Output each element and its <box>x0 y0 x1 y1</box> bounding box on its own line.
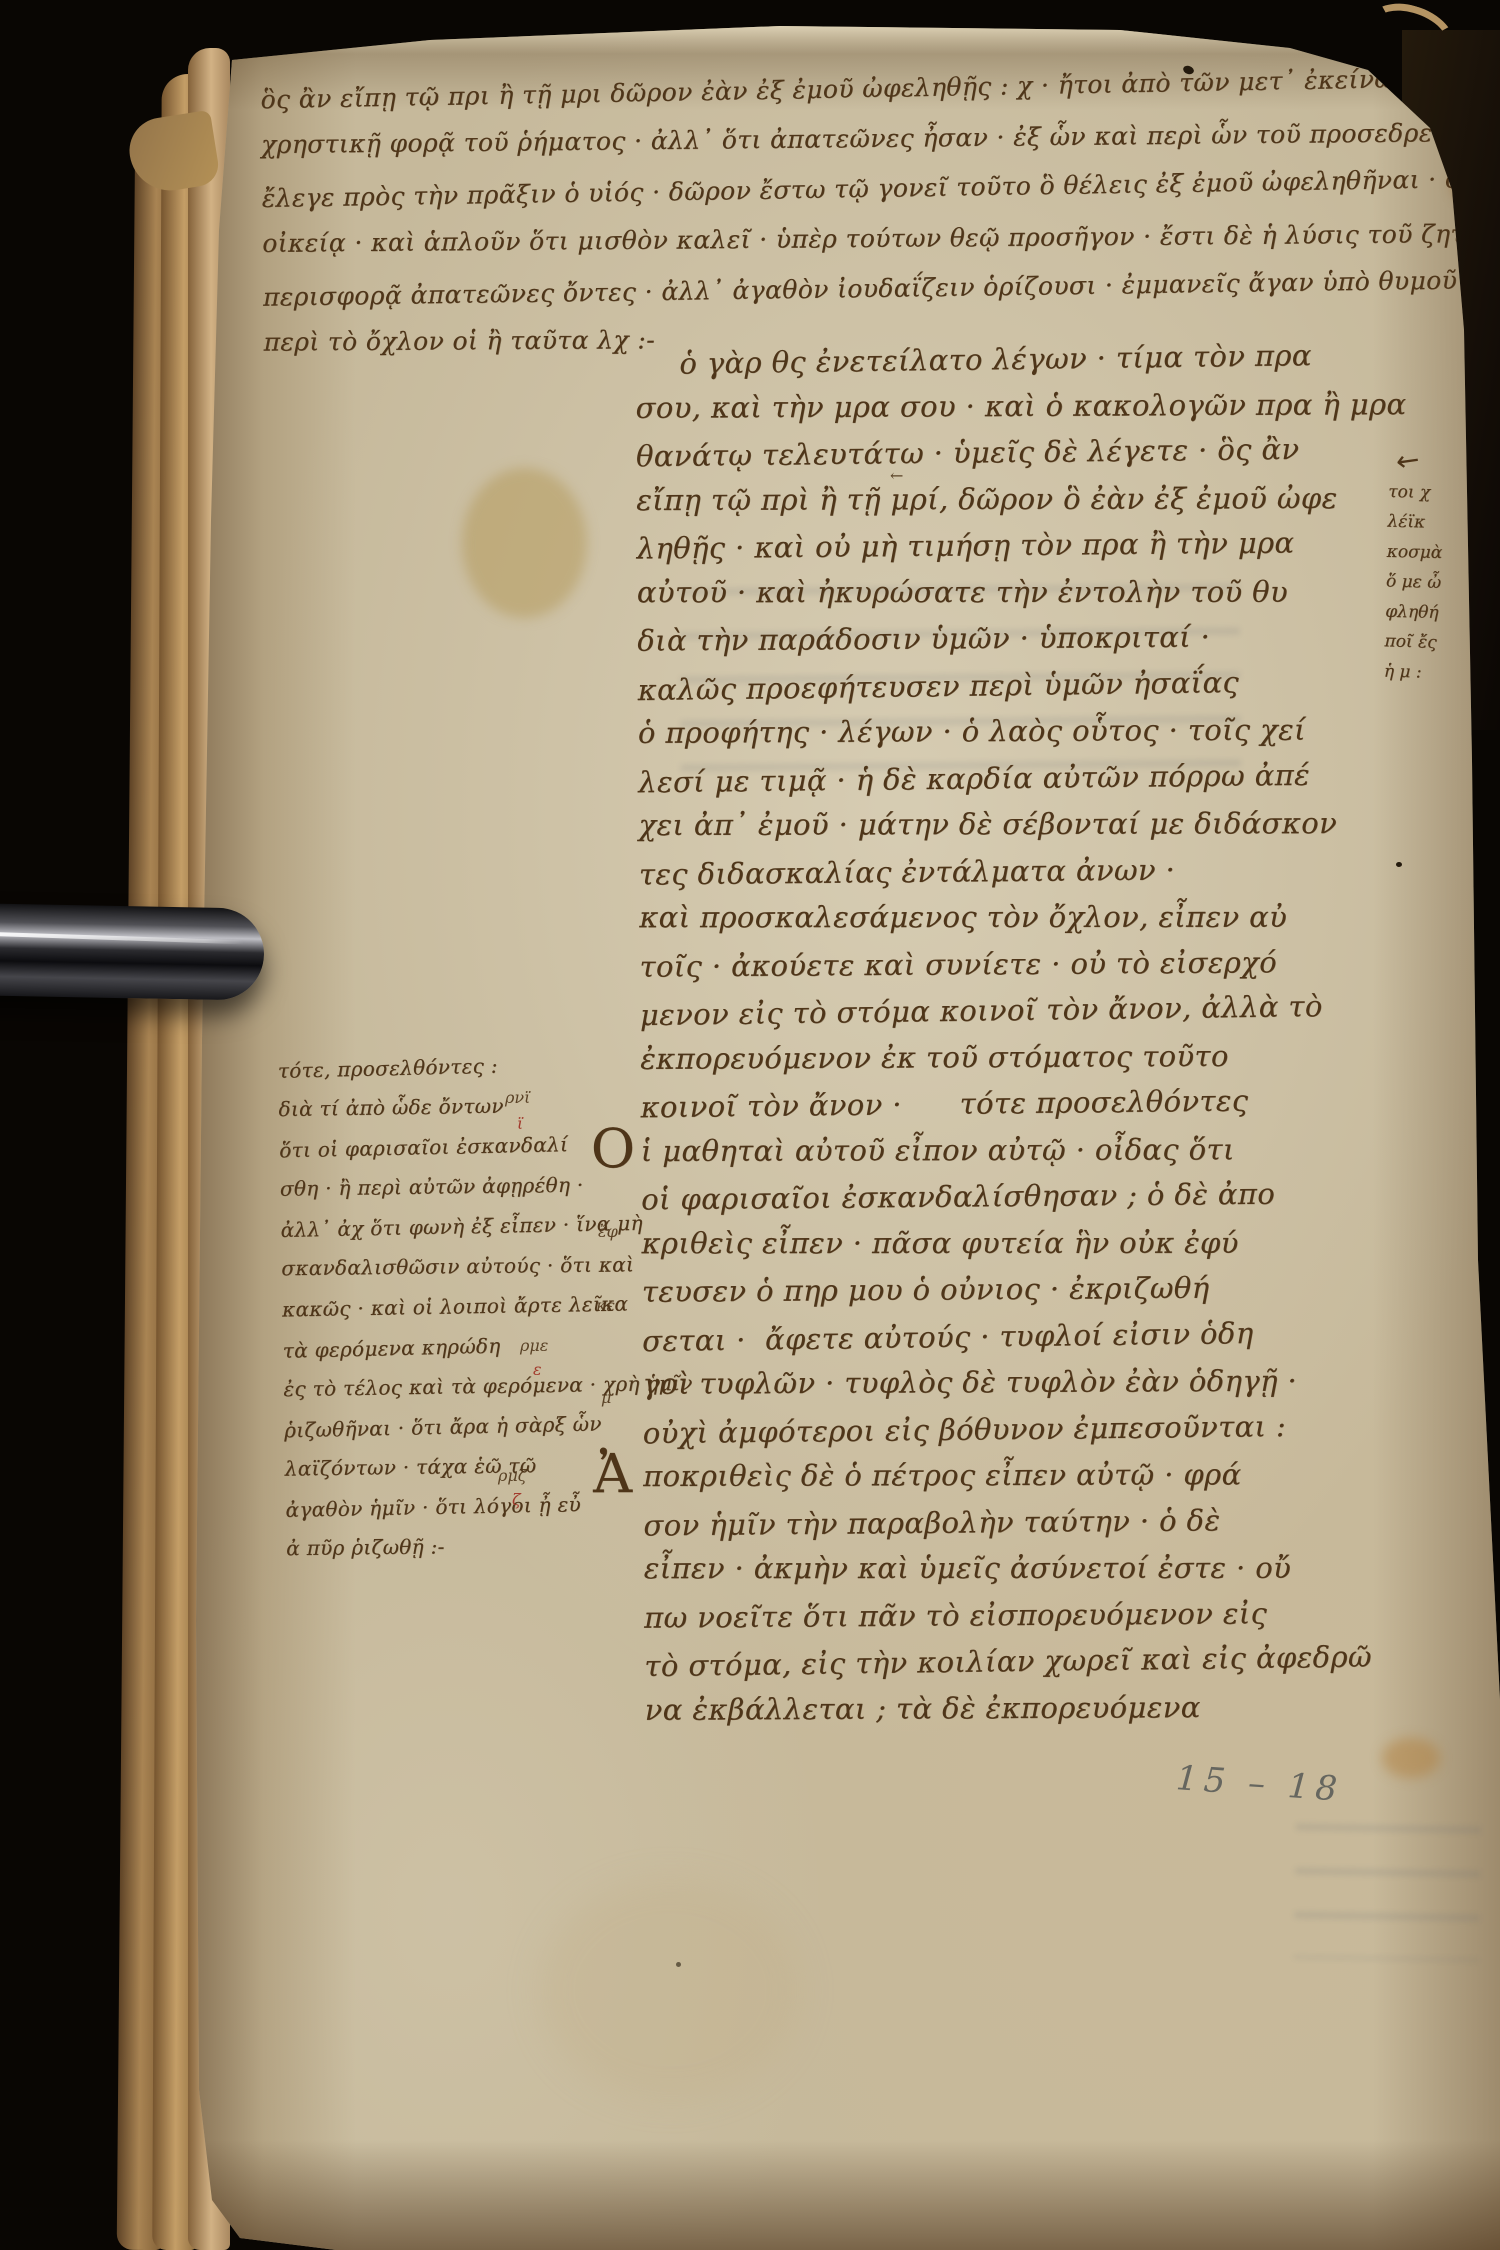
text-line: ἀλλ᾽ ἀχ ὅτι φωνὴ ἐξ εἶπεν · ἵνα μὴ <box>280 1202 686 1250</box>
photo-backdrop: ὃς ἂν εἴπῃ τῷ πρι ἢ τῇ μρι δῶρον ἐὰν ἐξ … <box>0 0 1500 2250</box>
lection-mark-ke: κε <box>596 1296 615 1315</box>
text-line: οἱ φαρισαῖοι ἐσκανδαλίσθησαν ; ὁ δὲ ἀπο <box>641 1169 1416 1223</box>
text-line: λαϊζόντων · τάχα ἑῶ τῶ <box>285 1443 690 1488</box>
left-arrow-icon: ← <box>1394 443 1422 479</box>
chapter-numeral-rmz: ρμζ <box>498 1466 526 1485</box>
left-marginalia-block: τότε, προσελθόντες :διὰ τί ἀπὸ ὧδε ὄντων… <box>277 1043 691 1570</box>
text-line: τὸ στόμα, εἰς τὴν κοιλίαν χωρεῖ καὶ εἰς … <box>644 1633 1420 1690</box>
text-line: να ἐκβάλλεται ; τὰ δὲ ἐκπορευόμενα <box>645 1683 1420 1733</box>
text-line: σθη · ἢ περὶ αὐτῶν ἀφῃρέθη · <box>280 1163 685 1208</box>
ink-speck <box>676 1962 681 1967</box>
text-line: ληθῇς · καὶ οὐ μὴ τιμήσῃ τὸν πρα ἢ τὴν μ… <box>636 518 1411 572</box>
insertion-caret: ← <box>890 466 903 485</box>
text-line: ὅτι οἱ φαρισαῖοι ἐσκανδαλί <box>279 1122 685 1171</box>
bookmark-cord <box>1360 0 1463 75</box>
text-line: σεται · ἄφετε αὐτούς · τυφλοί εἰσιν ὁδη <box>642 1307 1418 1364</box>
manuscript-page: ὃς ἂν εἴπῃ τῷ πρι ἢ τῇ μρι δῶρον ἐὰν ἐξ … <box>0 0 1500 2250</box>
text-line: αὐτοῦ · καὶ ἠκυρώσατε τὴν ἐντολὴν τοῦ θυ <box>637 568 1412 615</box>
lection-mark-mu: μ <box>601 1388 611 1407</box>
text-line: τευσεν ὁ πηρ μου ὁ οὐνιος · ἐκριζωθή <box>642 1263 1417 1315</box>
text-line: γοὶ τυφλῶν · τυφλὸς δὲ τυφλὸν ἐὰν ὁδηγῇ … <box>642 1357 1417 1407</box>
text-line: διὰ τὴν παράδοσιν ὑμῶν · ὑποκριταί · <box>637 612 1412 664</box>
text-line: οὐχὶ ἀμφότεροι εἰς βόθυνον ἐμπεσοῦνται : <box>643 1401 1418 1456</box>
text-line: εἴπῃ τῷ πρὶ ἢ τῇ μρί, δῶρον ὃ ἐὰν ἐξ ἐμο… <box>636 474 1411 523</box>
text-line: ῥιζωθῆναι · ὅτι ἄρα ἡ σὰρξ ὧν <box>284 1402 690 1451</box>
page-holder-rod <box>0 903 265 1001</box>
text-line: σκανδαλισθῶσιν αὐτούς · ὅτι καὶ <box>281 1244 686 1289</box>
main-gospel-text-block: ὁ γὰρ θς ἐνετείλατο λέγων · τίμα τὸν πρα… <box>635 333 1420 1733</box>
text-line: καὶ προσκαλεσάμενος τὸν ὄχλον, εἶπεν αὐ <box>639 894 1414 941</box>
chapter-numeral-rme: ρμε <box>520 1336 548 1355</box>
top-commentary-block: ὃς ἂν εἴπῃ τῷ πρι ἢ τῇ μρι δῶρον ἐὰν ἐξ … <box>260 57 1484 372</box>
text-line: λεσί με τιμᾷ · ἡ δὲ καρδία αὐτῶν πόρρω ἀ… <box>638 750 1413 805</box>
text-line: εἶπεν · ἀκμὴν καὶ ὑμεῖς ἀσύνετοί ἐστε · … <box>644 1545 1419 1592</box>
parchment-discoloration <box>540 1880 800 2100</box>
chapter-numeral-red-e: ε <box>533 1360 542 1379</box>
text-line: τες διδασκαλίας ἐντάλματα ἀνων · <box>639 844 1414 898</box>
text-line: κοινοῖ τὸν ἄνον · τότε προσελθόντες <box>640 1076 1415 1131</box>
text-line: ὁ γὰρ θς ἐνετείλατο λέγων · τίμα τὸν πρα <box>635 331 1411 388</box>
text-line: τοῖς · ἀκούετε καὶ συνίετε · οὐ τὸ εἰσερ… <box>639 938 1414 990</box>
verso-show-through <box>1294 1793 1482 1961</box>
text-line: ἐκπορευόμενον ἐκ τοῦ στόματος τοῦτο <box>640 1032 1415 1082</box>
text-line: μενον εἰς τὸ στόμα κοινοῖ τὸν ἄνον, ἀλλὰ… <box>640 982 1416 1039</box>
lection-mark-eph: ἔφ <box>598 1222 618 1241</box>
chapter-numeral-rni: ρνϊ <box>505 1088 530 1107</box>
text-line: Ἀποκριθεὶς δὲ ὁ πέτρος εἶπεν αὐτῷ · φρά <box>643 1451 1418 1500</box>
text-line: ἀγαθὸν ἡμῖν · ὅτι λόγοι ᾖ εὖ <box>285 1482 691 1530</box>
text-line: χει ἀπ᾽ ἐμοῦ · μάτην δὲ σέβονταί με διδά… <box>638 800 1413 849</box>
text-line: θανάτῳ τελευτάτω · ὑμεῖς δὲ λέγετε · ὃς … <box>636 425 1411 480</box>
text-line: καλῶς προεφήτευσεν περὶ ὑμῶν ἠσαΐας <box>637 656 1413 713</box>
text-line: Οἱ μαθηταὶ αὐτοῦ εἶπον αὐτῷ · οἶδας ὅτι <box>641 1125 1416 1174</box>
text-line: σου, καὶ τὴν μρα σου · καὶ ὁ κακολογῶν π… <box>636 381 1411 431</box>
parchment-stain <box>462 468 587 618</box>
chapter-numeral-red-z: ζ <box>512 1490 521 1509</box>
text-line: πω νοεῖτε ὅτι πᾶν τὸ εἰσπορευόμενον εἰς <box>644 1589 1419 1641</box>
text-line: κριθεὶς εἶπεν · πᾶσα φυτεία ἣν οὐκ ἐφύ <box>641 1219 1416 1266</box>
top-leaf-curl-highlight <box>250 24 1380 54</box>
text-line: ὁ προφήτης · λέγων · ὁ λαὸς οὗτος · τοῖς… <box>638 706 1413 756</box>
chapter-numeral-red-i: ϊ <box>517 1114 523 1133</box>
modern-pencil-note: 15 – 18 <box>1175 1758 1345 1810</box>
foxing-spot <box>1382 1738 1440 1778</box>
text-line: ἀ πῦρ ῥιζωθῇ :- <box>286 1524 691 1569</box>
rod-specular-highlight <box>0 931 244 944</box>
text-line: σον ἡμῖν τὴν παραβολὴν ταύτην · ὁ δὲ <box>643 1495 1418 1549</box>
